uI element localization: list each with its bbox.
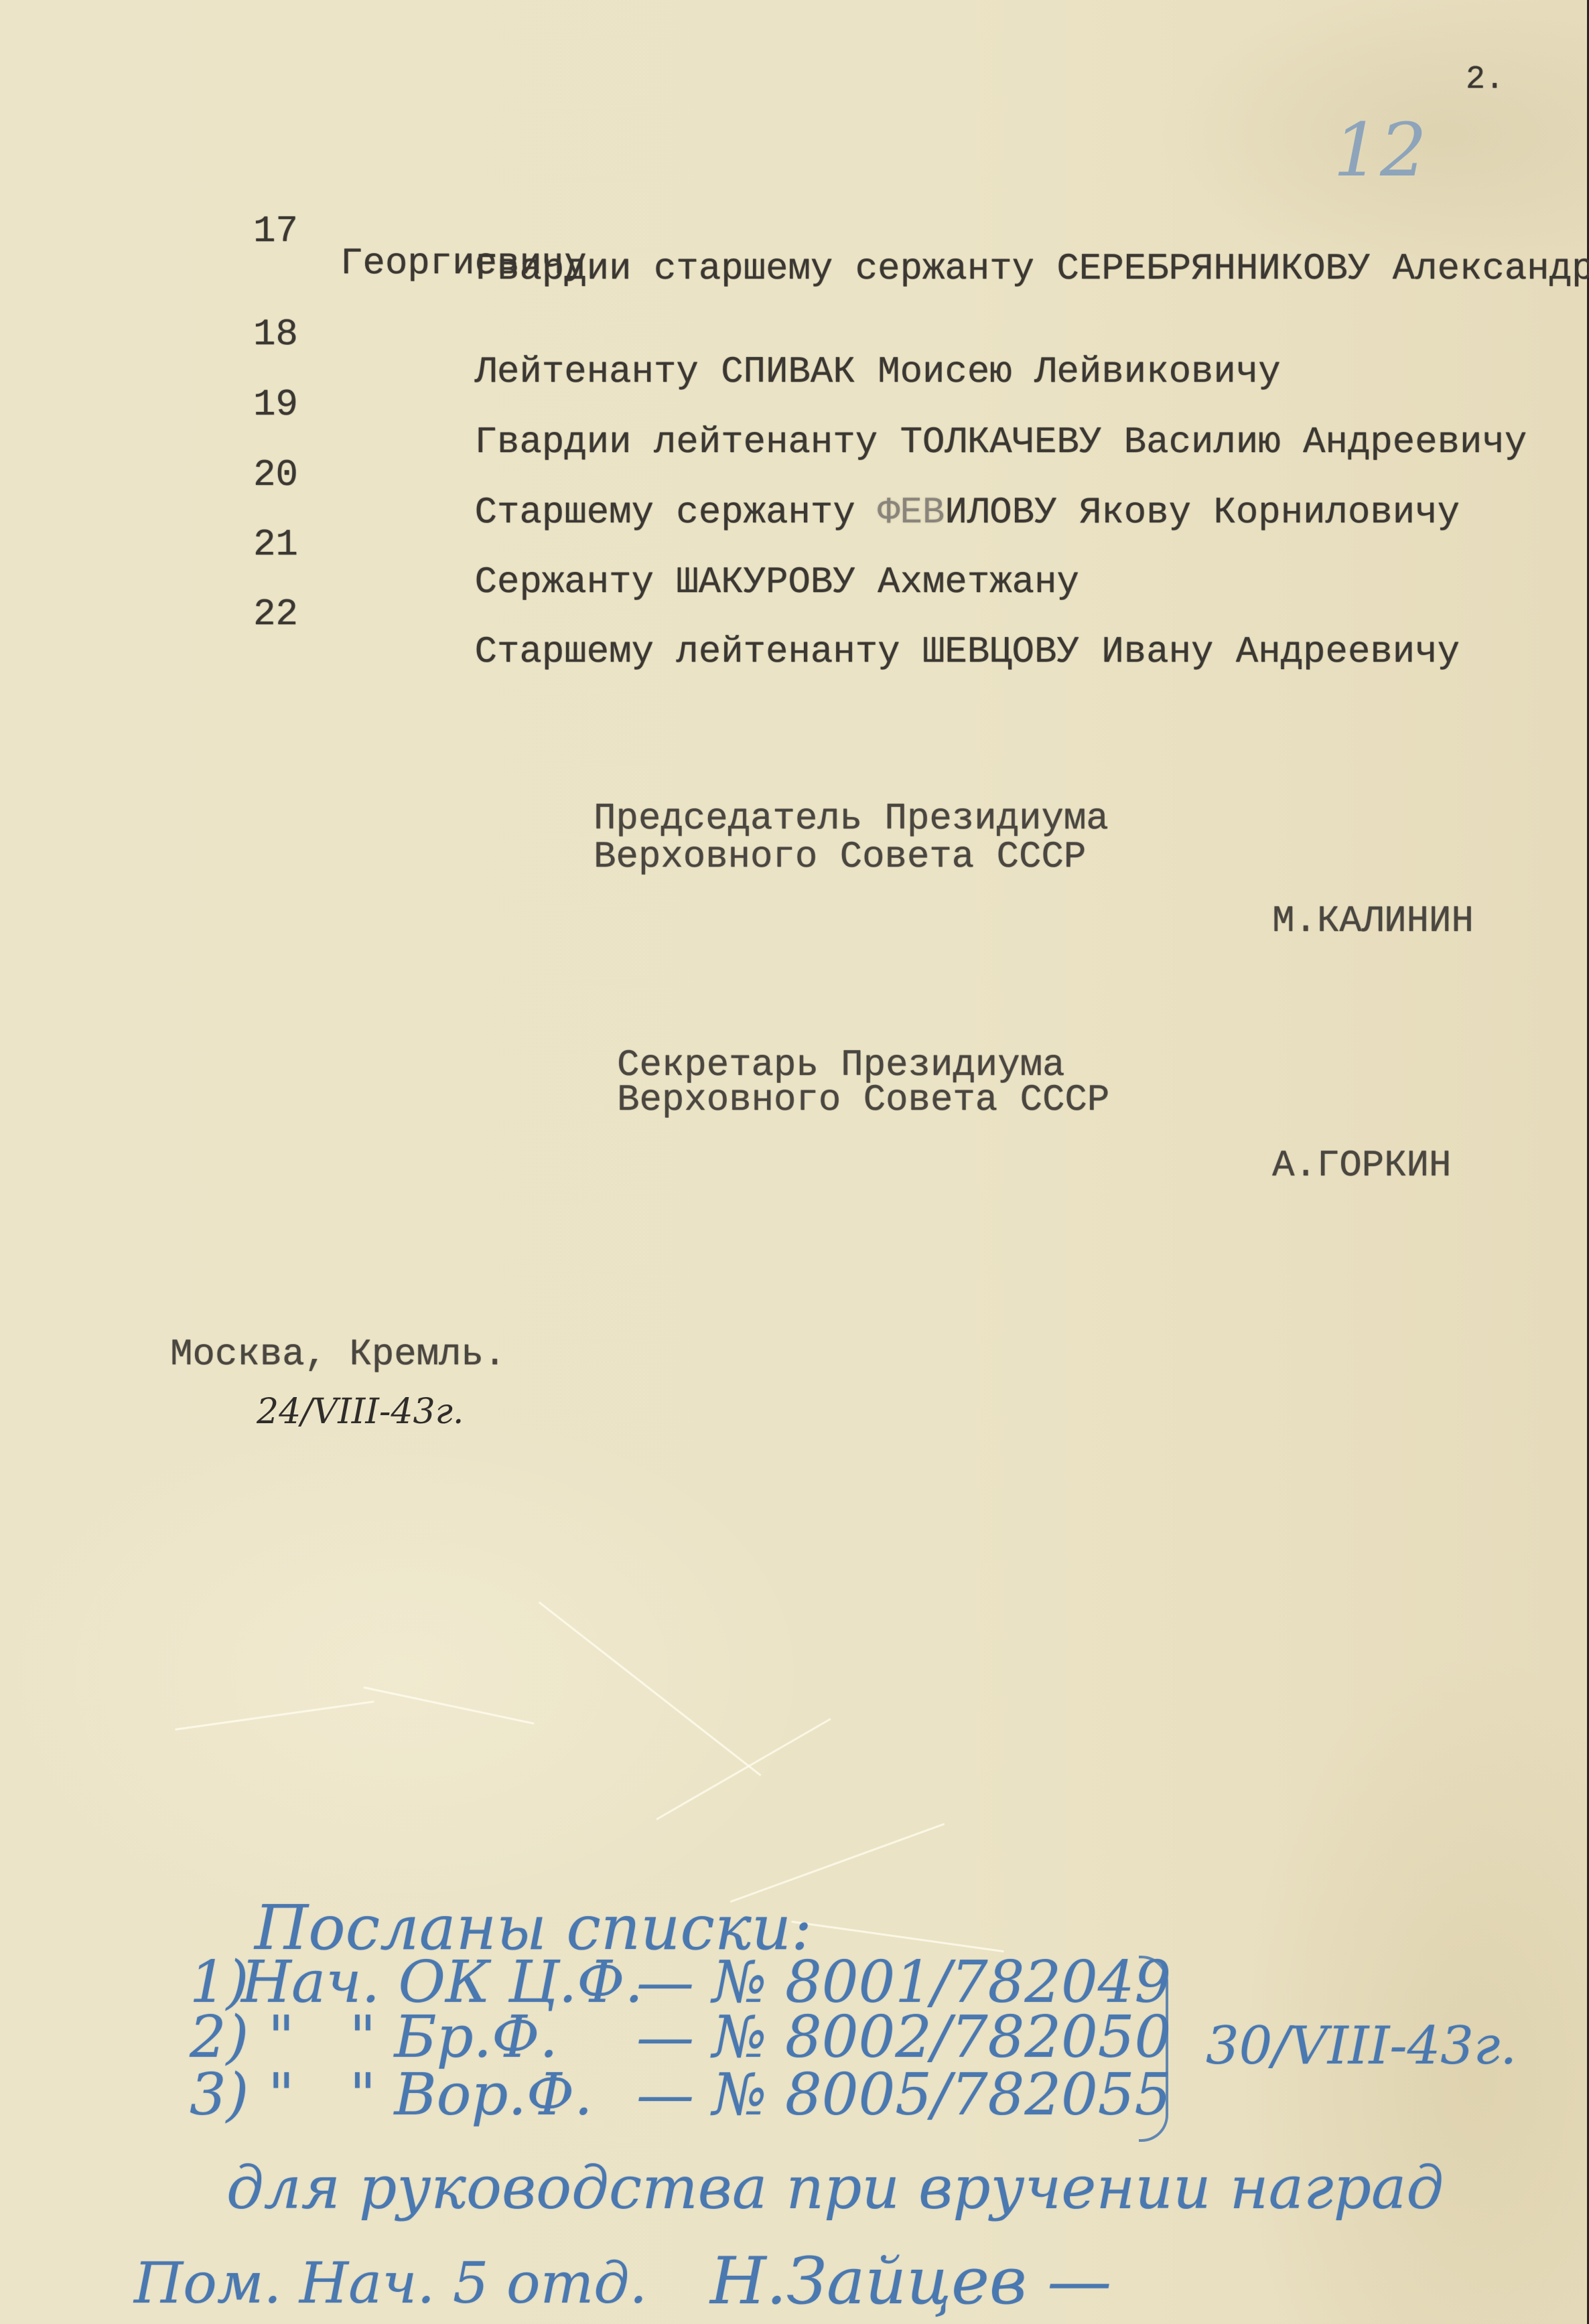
note-sent-date: 30/VIII-43г.	[1206, 2016, 1517, 2076]
item-text: Старшему лейтенанту ШЕВЦОВУ Ивану Андрее…	[340, 596, 1460, 708]
note-purpose: для руководства при вручении наград	[226, 2153, 1444, 2222]
paper-crease	[791, 1921, 1004, 1953]
item-number: 22	[253, 596, 298, 634]
item-surname: СЕРЕБРЯННИКОВУ	[1056, 248, 1370, 290]
paper-crease	[175, 1700, 374, 1731]
chairman-title-line2: Верховного Совета СССР	[594, 839, 1086, 876]
item-number: 19	[253, 386, 298, 424]
handwritten-date: 24/VIII-43г.	[257, 1392, 464, 1432]
item-surname: ШЕВЦОВУ	[922, 631, 1079, 673]
item-number: 17	[253, 213, 298, 250]
chairman-title-line1: Председатель Президиума	[594, 800, 1109, 838]
note-entry-number: — № 8005/782055	[636, 2061, 1171, 2128]
archive-folio-number: 12	[1333, 107, 1427, 193]
curly-brace	[1139, 1956, 1168, 2142]
secretary-name: А.ГОРКИН	[1272, 1147, 1451, 1185]
paper-crease	[730, 1823, 945, 1903]
item-given-name: Якову Корниловичу	[1079, 492, 1460, 534]
note-entry-recipient: " " Бр.Ф.	[268, 2004, 558, 2071]
item-text-continuation: Георгиевичу	[340, 245, 587, 283]
chairman-name: М.КАЛИНИН	[1272, 903, 1474, 940]
note-entry-index: 2)	[190, 2004, 249, 2071]
note-signoff-signature: Н.Зайцев —	[710, 2244, 1111, 2319]
paper-crease	[364, 1686, 535, 1725]
page-number: 2.	[1466, 64, 1505, 96]
paper-crease	[656, 1718, 831, 1820]
note-entry-recipient: " " Вор.Ф.	[268, 2061, 593, 2128]
item-number: 18	[253, 316, 298, 354]
note-entry-number: — № 8002/782050	[636, 2004, 1171, 2071]
place-of-signing: Москва, Кремль.	[170, 1336, 506, 1374]
note-signoff-title: Пом. Нач. 5 отд.	[134, 2250, 647, 2316]
secretary-title-line2: Верховного Совета СССР	[617, 1082, 1109, 1119]
note-entry-index: 3)	[190, 2061, 249, 2128]
item-rank: Старшему лейтенанту	[475, 631, 900, 673]
item-number: 21	[253, 526, 298, 564]
item-given-name: Александру	[1393, 248, 1589, 290]
item-given-name: Ивану Андреевичу	[1101, 631, 1460, 673]
paper-crease	[539, 1601, 762, 1776]
item-number: 20	[253, 457, 298, 494]
